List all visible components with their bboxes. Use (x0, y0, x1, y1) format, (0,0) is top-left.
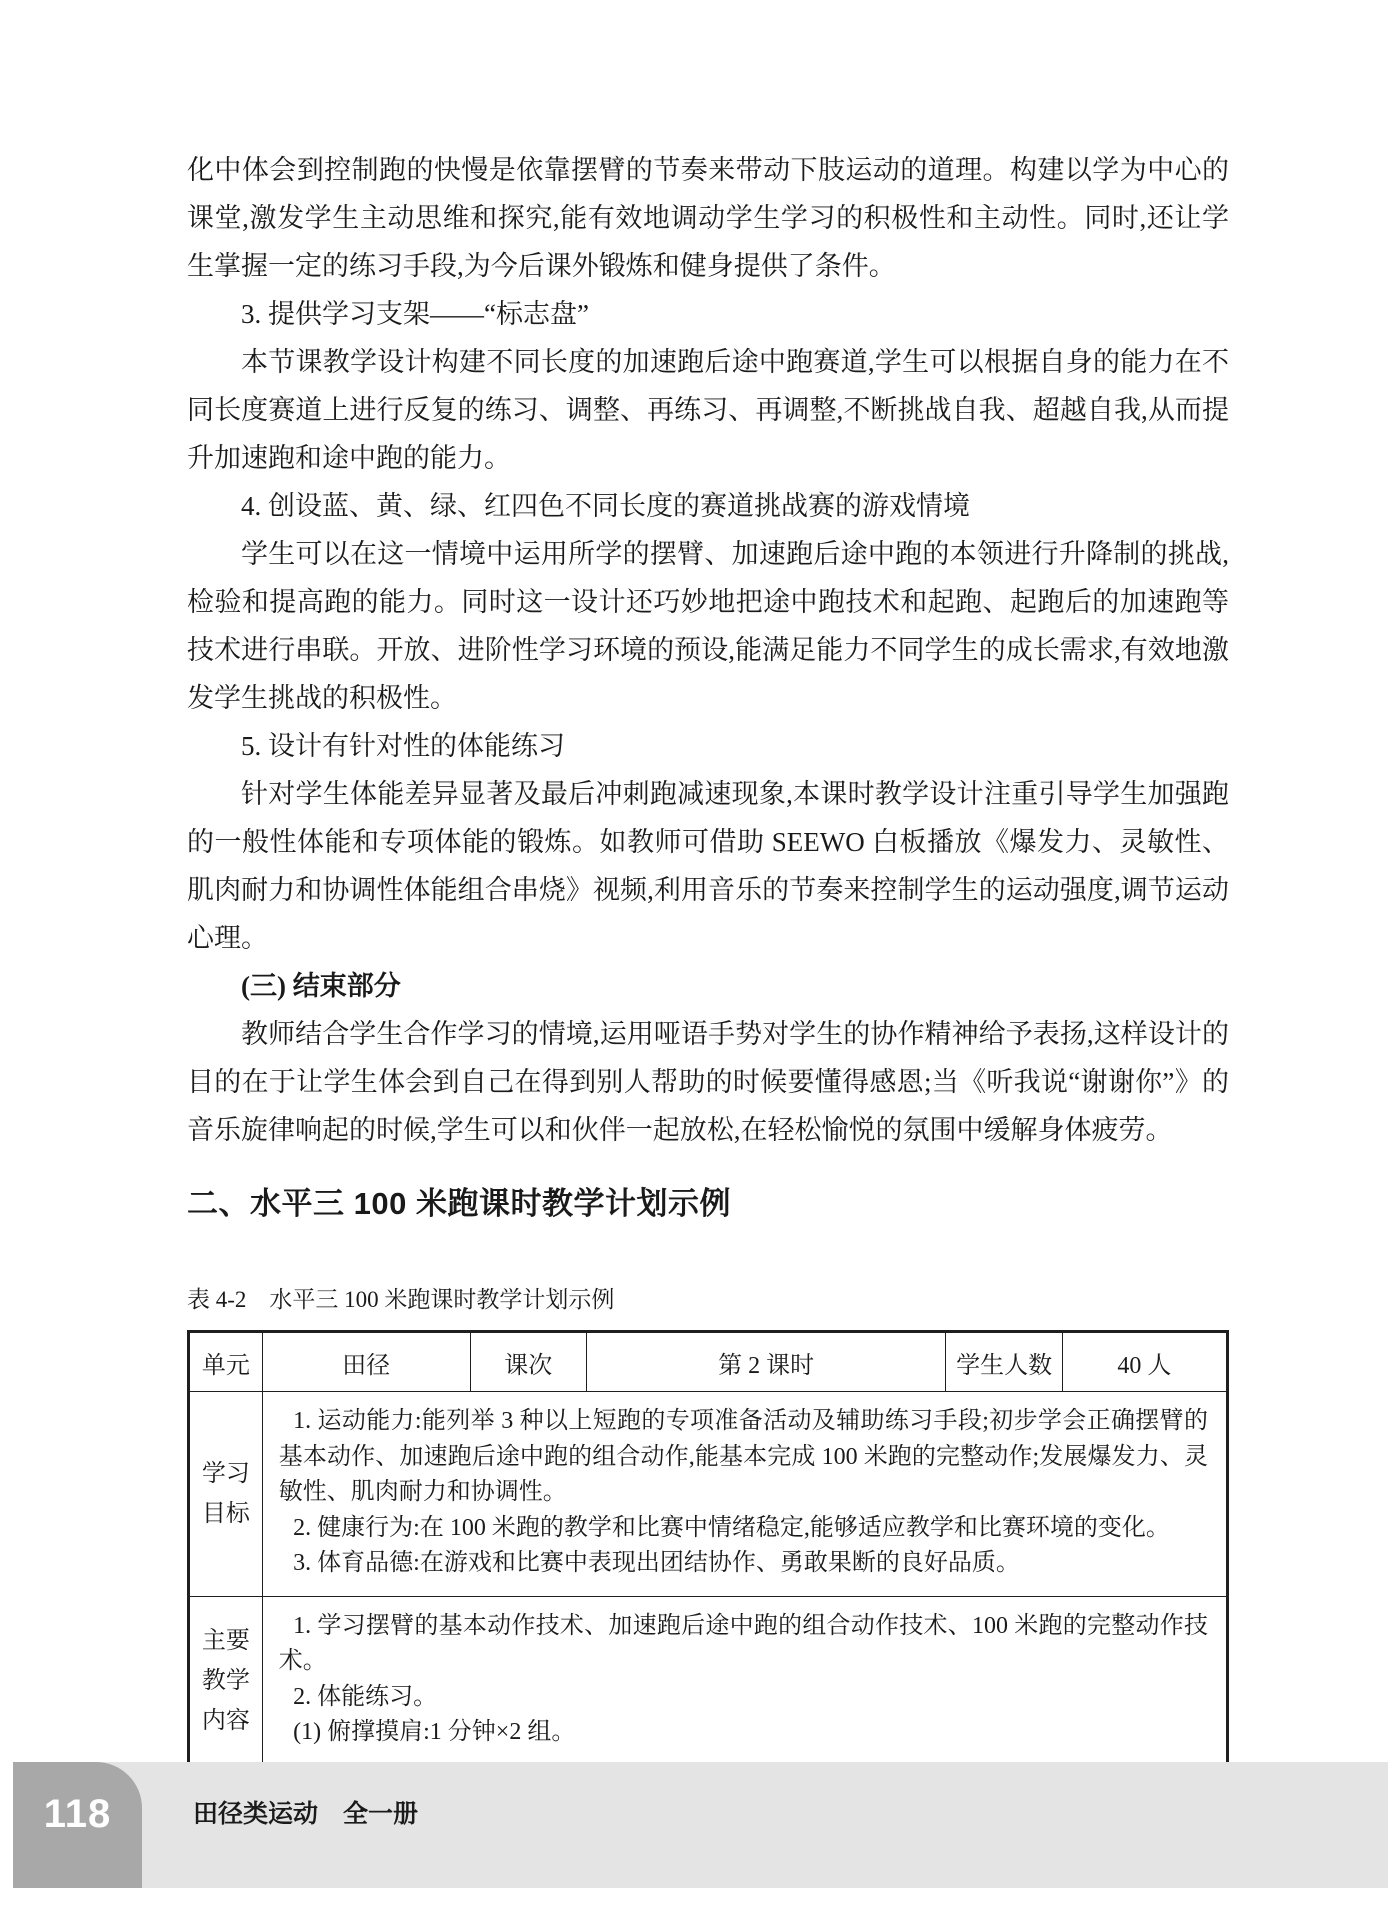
content-label-line: 主要 (194, 1621, 258, 1661)
unit-value-cell: 田径 (262, 1332, 470, 1392)
paragraph: 4. 创设蓝、黄、绿、红四色不同长度的赛道挑战赛的游戏情境 (187, 482, 1229, 530)
book-title: 田径类运动 全一册 (193, 1794, 418, 1830)
content-item: (1) 俯撑摸肩:1 分钟×2 组。 (279, 1715, 1208, 1751)
content-label-line: 内容 (194, 1701, 258, 1741)
paragraph: (三) 结束部分 (187, 962, 1229, 1010)
goals-content-cell: 1. 运动能力:能列举 3 种以上短跑的专项准备活动及辅助练习手段;初步学会正确… (262, 1392, 1227, 1597)
content-label-cell: 主要教学内容 (189, 1596, 263, 1766)
table-row-content: 主要教学内容 1. 学习摆臂的基本动作技术、加速跑后途中跑的组合动作技术、100… (189, 1596, 1228, 1766)
paragraph: 本节课教学设计构建不同长度的加速跑后途中跑赛道,学生可以根据自身的能力在不同长度… (187, 338, 1229, 482)
page-number: 118 (44, 1792, 112, 1837)
paragraph: 教师结合学生合作学习的情境,运用哑语手势对学生的协作精神给予表扬,这样设计的目的… (187, 1010, 1229, 1154)
goal-item: 3. 体育品德:在游戏和比赛中表现出团结协作、勇敢果断的良好品质。 (279, 1546, 1208, 1582)
paragraph: 学生可以在这一情境中运用所学的摆臂、加速跑后途中跑的本领进行升降制的挑战,检验和… (187, 530, 1229, 722)
students-value-cell: 40 人 (1062, 1332, 1227, 1392)
table-row-goals: 学习目标 1. 运动能力:能列举 3 种以上短跑的专项准备活动及辅助练习手段;初… (189, 1392, 1228, 1597)
lesson-plan-table: 单元 田径 课次 第 2 课时 学生人数 40 人 学习目标 1. 运动能力:能… (187, 1330, 1229, 1768)
table-row-header: 单元 田径 课次 第 2 课时 学生人数 40 人 (189, 1332, 1228, 1392)
content-item: 2. 体能练习。 (279, 1680, 1208, 1716)
goals-label-line: 学习 (194, 1454, 258, 1494)
paragraph: 3. 提供学习支架——“标志盘” (187, 290, 1229, 338)
goals-label-cell: 学习目标 (189, 1392, 263, 1597)
content-label-line: 教学 (194, 1661, 258, 1701)
goals-label-line: 目标 (194, 1494, 258, 1534)
paragraph: 针对学生体能差异显著及最后冲刺跑减速现象,本课时教学设计注重引导学生加强跑的一般… (187, 770, 1229, 962)
students-label-cell: 学生人数 (946, 1332, 1062, 1392)
table-caption: 表 4-2 水平三 100 米跑课时教学计划示例 (187, 1286, 1229, 1314)
content-item: 1. 学习摆臂的基本动作技术、加速跑后途中跑的组合动作技术、100 米跑的完整动… (279, 1609, 1208, 1680)
goal-item: 1. 运动能力:能列举 3 种以上短跑的专项准备活动及辅助练习手段;初步学会正确… (279, 1404, 1208, 1511)
footer-band: 118 田径类运动 全一册 (13, 1762, 1388, 1888)
paragraph: 化中体会到控制跑的快慢是依靠摆臂的节奏来带动下肢运动的道理。构建以学为中心的课堂… (187, 146, 1229, 290)
section-heading: 二、水平三 100 米跑课时教学计划示例 (187, 1184, 1229, 1224)
page-number-tab: 118 (13, 1762, 142, 1888)
goal-item: 2. 健康行为:在 100 米跑的教学和比赛中情绪稳定,能够适应教学和比赛环境的… (279, 1511, 1208, 1547)
unit-label-cell: 单元 (189, 1332, 263, 1392)
paragraph: 5. 设计有针对性的体能练习 (187, 722, 1229, 770)
page-content: 化中体会到控制跑的快慢是依靠摆臂的节奏来带动下肢运动的道理。构建以学为中心的课堂… (187, 146, 1229, 1768)
lesson-value-cell: 第 2 课时 (586, 1332, 946, 1392)
body-paragraphs: 化中体会到控制跑的快慢是依靠摆臂的节奏来带动下肢运动的道理。构建以学为中心的课堂… (187, 146, 1229, 1154)
lesson-label-cell: 课次 (470, 1332, 586, 1392)
content-content-cell: 1. 学习摆臂的基本动作技术、加速跑后途中跑的组合动作技术、100 米跑的完整动… (262, 1596, 1227, 1766)
